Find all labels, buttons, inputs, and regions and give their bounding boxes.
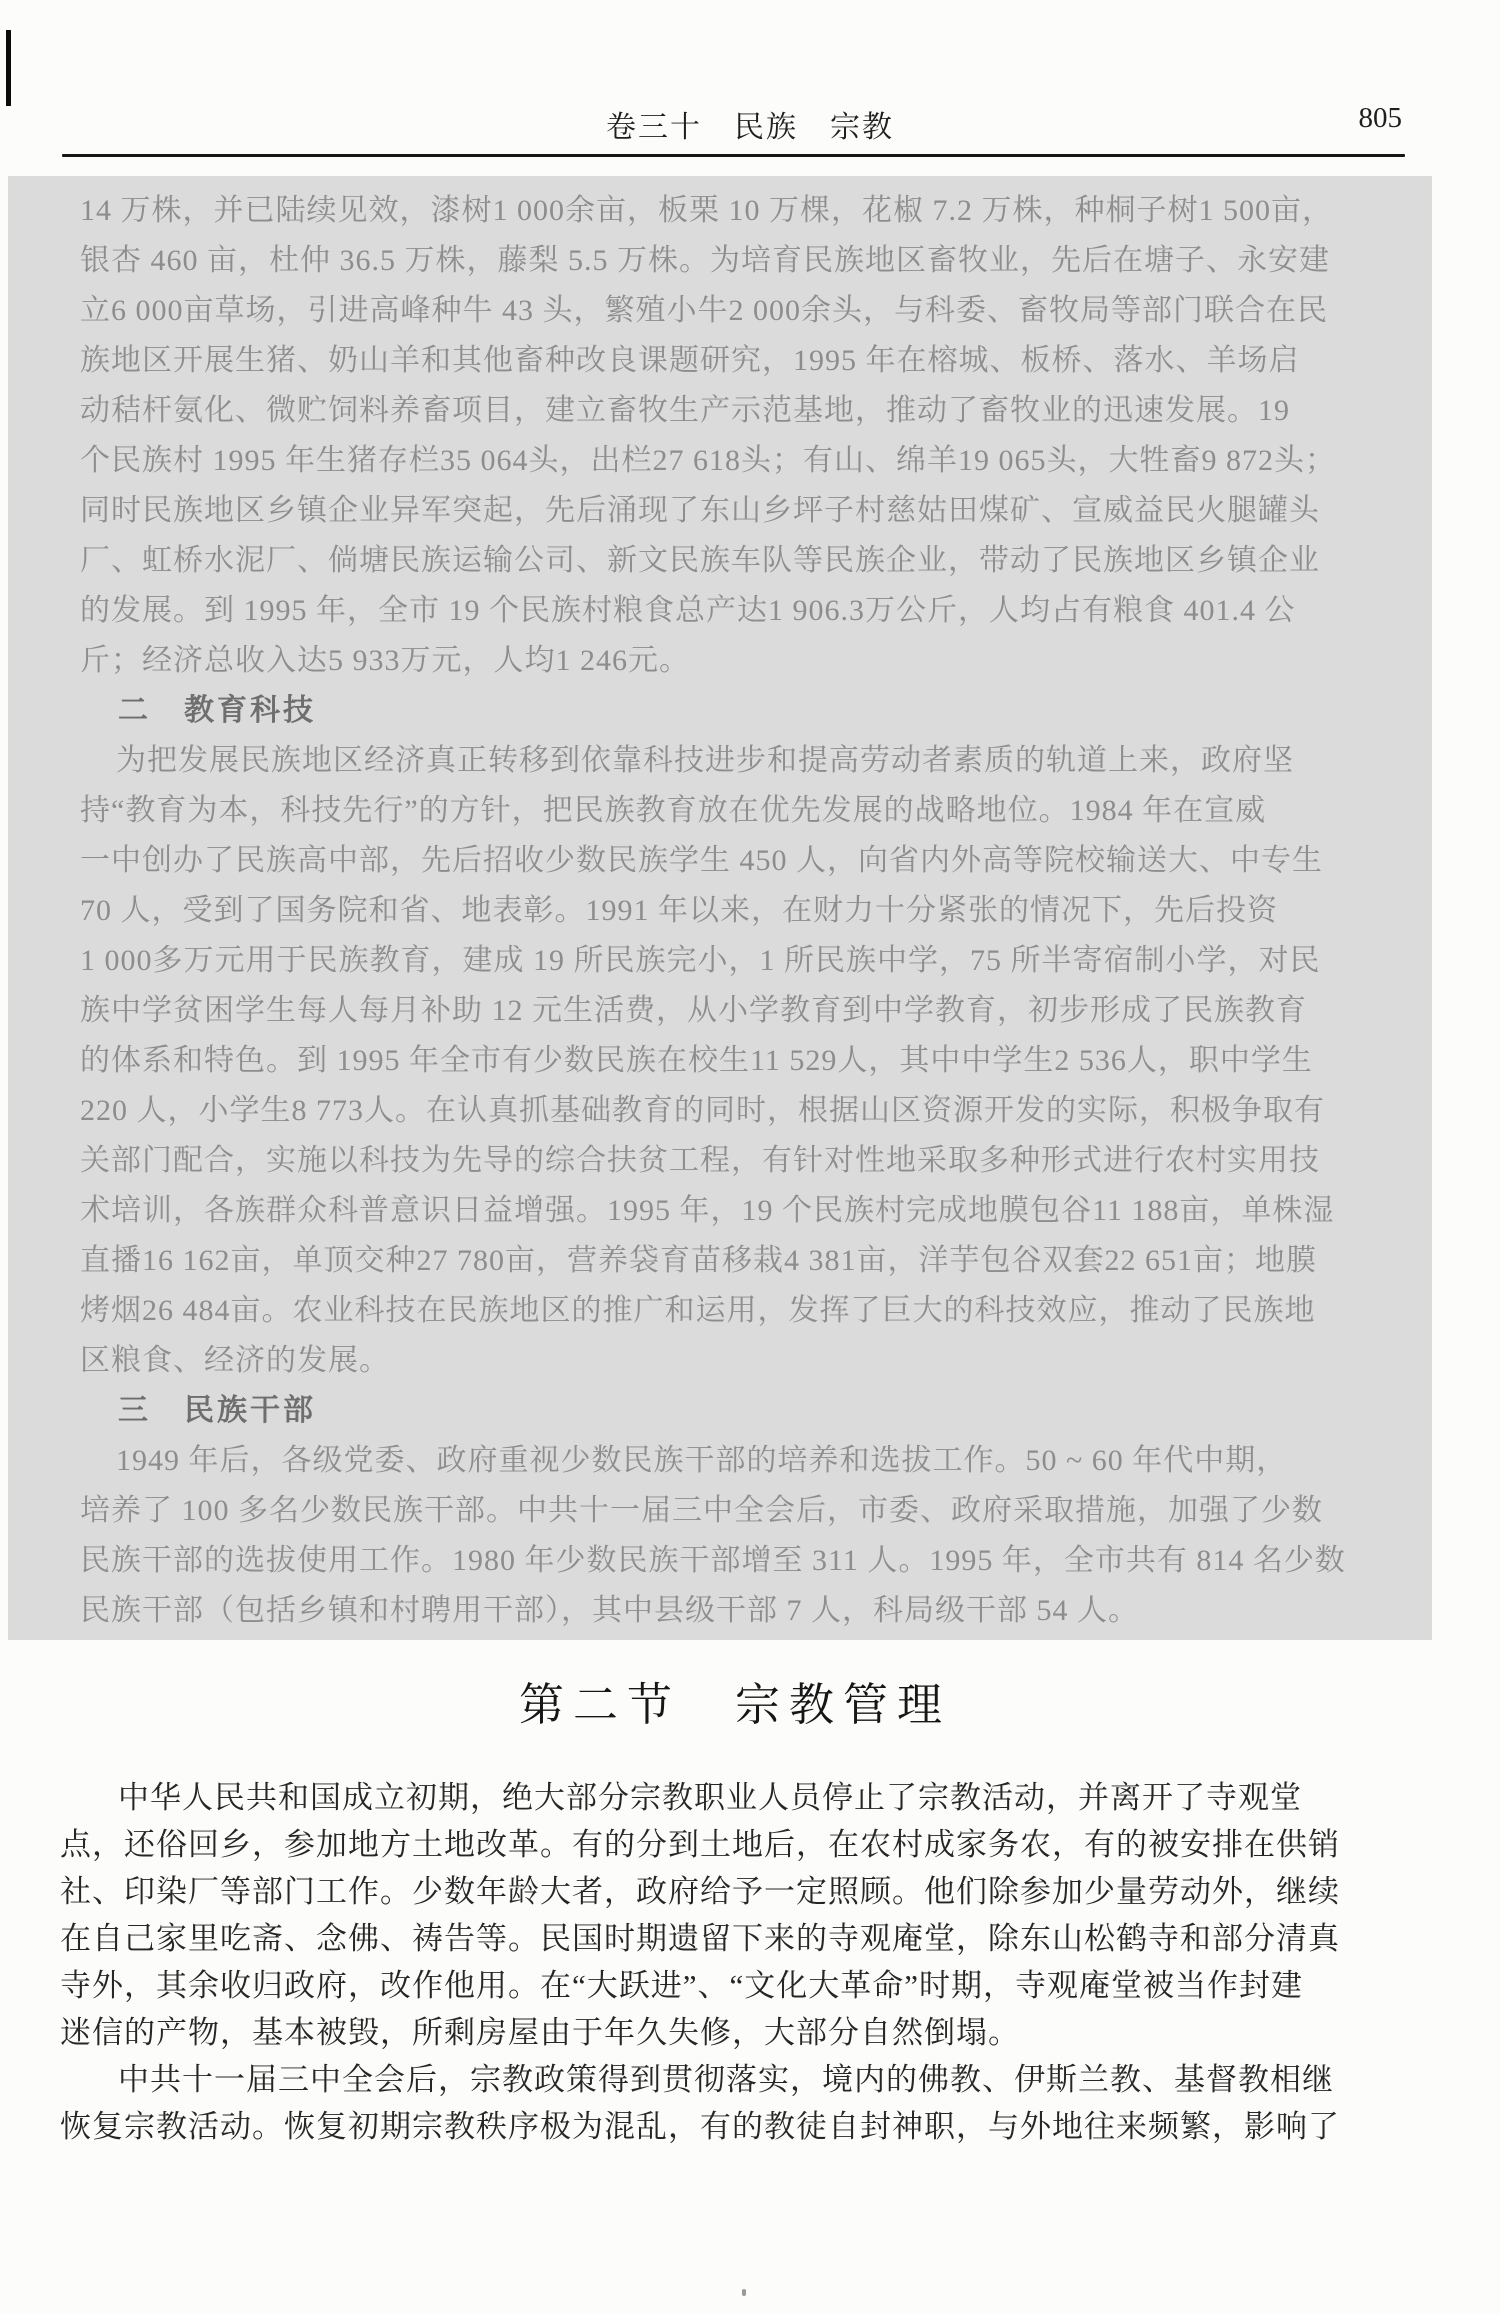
text-line: 族地区开展生猪、奶山羊和其他畜种改良课题研究，1995 年在榕城、板桥、落水、羊… [80,336,1392,386]
page-number: 805 [1359,102,1403,135]
text-line: 族中学贫困学生每人每月补助 12 元生活费，从小学教育到中学教育，初步形成了民族… [80,986,1392,1036]
subsection-heading: 二 教育科技 [80,686,1392,736]
text-line: 14 万株，并已陆续见效，漆树1 000余亩，板栗 10 万棵，花椒 7.2 万… [80,186,1392,236]
text-line: 民族干部的选拔使用工作。1980 年少数民族干部增至 311 人。1995 年，… [80,1536,1392,1586]
text-line: 立6 000亩草场，引进高峰种牛 43 头，繁殖小牛2 000余头，与科委、畜牧… [80,286,1392,336]
text-line: 的体系和特色。到 1995 年全市有少数民族在校生11 529人，其中中学生2 … [80,1036,1392,1086]
text-line: 关部门配合，实施以科技为先导的综合扶贫工程，有针对性地采取多种形式进行农村实用技 [80,1136,1392,1186]
text-line: 中华人民共和国成立初期，绝大部分宗教职业人员停止了宗教活动，并离开了寺观堂 [60,1774,1408,1821]
text-line: 个民族村 1995 年生猪存栏35 064头，出栏27 618头；有山、绵羊19… [80,436,1392,486]
text-line: 烤烟26 484亩。农业科技在民族地区的推广和运用，发挥了巨大的科技效应，推动了… [80,1286,1392,1336]
text-line: 的发展。到 1995 年，全市 19 个民族村粮食总产达1 906.3万公斤，人… [80,586,1392,636]
text-line: 点，还俗回乡，参加地方土地改革。有的分到土地后，在农村成家务农，有的被安排在供销 [60,1821,1408,1868]
text-line: 银杏 460 亩，杜仲 36.5 万株，藤梨 5.5 万株。为培育民族地区畜牧业… [80,236,1392,286]
text-line: 恢复宗教活动。恢复初期宗教秩序极为混乱，有的教徒自封神职，与外地往来频繁，影响了 [60,2103,1408,2150]
text-line: 同时民族地区乡镇企业异军突起，先后涌现了东山乡坪子村慈姑田煤矿、宣威益民火腿罐头 [80,486,1392,536]
subsection-heading: 三 民族干部 [80,1386,1392,1436]
text-line: 区粮食、经济的发展。 [80,1336,1392,1386]
text-line: 培养了 100 多名少数民族干部。中共十一届三中全会后，市委、政府采取措施，加强… [80,1486,1392,1536]
text-line: 厂、虹桥水泥厂、倘塘民族运输公司、新文民族车队等民族企业，带动了民族地区乡镇企业 [80,536,1392,586]
text-line: 中共十一届三中全会后，宗教政策得到贯彻落实，境内的佛教、伊斯兰教、基督教相继 [60,2056,1408,2103]
text-line: 220 人，小学生8 773人。在认真抓基础教育的同时，根据山区资源开发的实际，… [80,1086,1392,1136]
section-title: 第二节 宗教管理 [0,1668,1470,1733]
section-body: 中华人民共和国成立初期，绝大部分宗教职业人员停止了宗教活动，并离开了寺观堂点，还… [60,1774,1408,2150]
text-line: 寺外，其余收归政府，改作他用。在“大跃进”、“文化大革命”时期，寺观庵堂被当作封… [60,1962,1408,2009]
carryover-text: 14 万株，并已陆续见效，漆树1 000余亩，板栗 10 万棵，花椒 7.2 万… [8,176,1432,1636]
text-line: 斤；经济总收入达5 933万元，人均1 246元。 [80,636,1392,686]
text-line: 1949 年后，各级党委、政府重视少数民族干部的培养和选拔工作。50 ~ 60 … [80,1436,1392,1486]
text-line: 为把发展民族地区经济真正转移到依靠科技进步和提高劳动者素质的轨道上来，政府坚 [80,736,1392,786]
text-line: 70 人，受到了国务院和省、地表彰。1991 年以来，在财力十分紧张的情况下，先… [80,886,1392,936]
text-line: 动秸杆氨化、微贮饲料养畜项目，建立畜牧生产示范基地，推动了畜牧业的迅速发展。19 [80,386,1392,436]
text-line: 社、印染厂等部门工作。少数年龄大者，政府给予一定照顾。他们除参加少量劳动外，继续 [60,1868,1408,1915]
running-head-title: 卷三十 民族 宗教 [0,102,1500,146]
text-line: 术培训，各族群众科普意识日益增强。1995 年，19 个民族村完成地膜包谷11 … [80,1186,1392,1236]
text-line: 1 000多万元用于民族教育，建成 19 所民族完小，1 所民族中学，75 所半… [80,936,1392,986]
scanned-text-block: 14 万株，并已陆续见效，漆树1 000余亩，板栗 10 万棵，花椒 7.2 万… [8,176,1432,1640]
scan-speck-artifact [742,2289,746,2296]
text-line: 持“教育为本，科技先行”的方针，把民族教育放在优先发展的战略地位。1984 年在… [80,786,1392,836]
text-line: 直播16 162亩，单顶交种27 780亩，营养袋育苗移栽4 381亩，洋芋包谷… [80,1236,1392,1286]
text-line: 迷信的产物，基本被毁，所剩房屋由于年久失修，大部分自然倒塌。 [60,2009,1408,2056]
header-divider [62,154,1405,157]
text-line: 一中创办了民族高中部，先后招收少数民族学生 450 人，向省内外高等院校输送大、… [80,836,1392,886]
scan-edge-artifact [6,30,11,106]
text-line: 民族干部（包括乡镇和村聘用干部），其中县级干部 7 人，科局级干部 54 人。 [80,1586,1392,1636]
text-line: 在自己家里吃斋、念佛、祷告等。民国时期遗留下来的寺观庵堂，除东山松鹤寺和部分清真 [60,1915,1408,1962]
